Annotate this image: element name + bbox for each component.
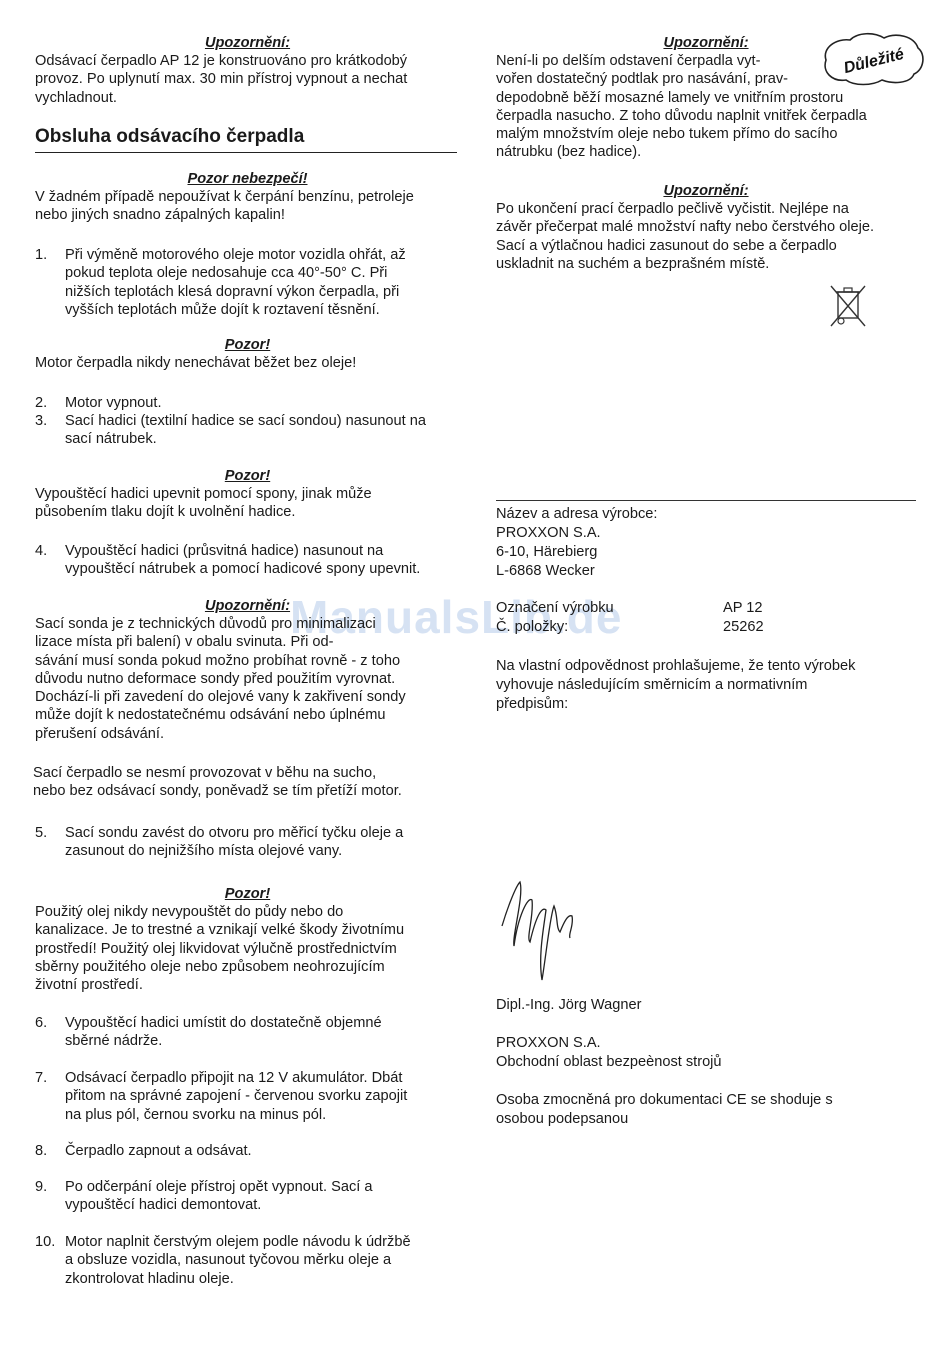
text-line: nátrubku (bez hadice). (496, 143, 916, 161)
signatory: Dipl.-Ing. Jörg Wagner (496, 996, 916, 1015)
text-line: Na vlastní odpovědnost prohlašujeme, že … (496, 657, 916, 676)
text-line: osobou podepsanou (496, 1110, 916, 1129)
product-value: 25262 (723, 618, 764, 637)
text-line: Odsávací čerpadlo AP 12 je konstruováno … (35, 52, 460, 70)
step-text: Při výměně motorového oleje motor vozidl… (65, 246, 460, 319)
step-10: 10.Motor naplnit čerstvým olejem podle n… (35, 1233, 460, 1288)
step-number: 8. (35, 1142, 65, 1160)
text-line: Vypouštěcí hadici (průsvitná hadice) nas… (65, 542, 460, 560)
declaration: Na vlastní odpovědnost prohlašujeme, že … (496, 657, 916, 714)
text-line: V žadném případě nepoužívat k čerpání be… (35, 188, 460, 206)
text-line: Sací a výtlačnou hadici zasunout do sebe… (496, 237, 916, 255)
step-text: Vypouštěcí hadici umístit do dostatečně … (65, 1014, 460, 1051)
text-line: zasunout do nejnižšího místa olejové van… (65, 842, 460, 860)
step-number: 9. (35, 1178, 65, 1215)
product-row: Označení výrobkuAP 12 (496, 599, 916, 618)
step-number: 10. (35, 1233, 65, 1288)
text-line: sběrny použitého oleje nebo způsobem neo… (35, 958, 460, 976)
signature (498, 876, 588, 990)
text-line: Motor vypnout. (65, 394, 460, 412)
note-cleaning: Upozornění: Po ukončení prací čerpadlo p… (496, 182, 916, 273)
text-line: Motor naplnit čerstvým olejem podle návo… (65, 1233, 460, 1251)
step-text: Odsávací čerpadlo připojit na 12 V akumu… (65, 1069, 460, 1124)
text-line: kanalizace. Je to trestné a vznikají vel… (35, 921, 460, 939)
text-line: na plus pól, černou svorku na minus pól. (65, 1106, 460, 1124)
text-line: vypouštěcí nátrubek a pomocí hadicové sp… (65, 560, 460, 578)
text-line: malým množstvím oleje nebo tukem přímo d… (496, 125, 916, 143)
product-info: Označení výrobkuAP 12Č. položky:25262 (496, 599, 916, 637)
text-line: nebo jiných snadno zápalných kapalin! (35, 206, 460, 224)
text-line: předpisům: (496, 695, 916, 714)
text-line: životní prostředí. (35, 976, 460, 994)
text-line: vypouštěcí hadici demontovat. (65, 1196, 460, 1214)
text-line: čerpadla nasucho. Z toho důvodu naplnit … (496, 107, 916, 125)
text-line: Osoba zmocněná pro dokumentaci CE se sho… (496, 1091, 916, 1110)
text-line: uskladnit na suchém a bezprašném místě. (496, 255, 916, 273)
important-stamp: Důležité (818, 30, 928, 90)
text-line: Po odčerpání oleje přístroj opět vypnout… (65, 1178, 460, 1196)
text-line: Sací čerpadlo se nesmí provozovat v běhu… (33, 764, 458, 782)
text-line: Sací sondu zavést do otvoru pro měřicí t… (65, 824, 460, 842)
step-number: 4. (35, 542, 65, 579)
step-text: Čerpadlo zapnout a odsávat. (65, 1142, 460, 1160)
caution-no-oil: Pozor! Motor čerpadla nikdy nenechávat b… (35, 336, 460, 372)
text-line: působením tlaku dojít k uvolnění hadice. (35, 503, 460, 521)
step-number: 5. (35, 824, 65, 861)
text-line: nižších teplotách klesá dopravní výkon č… (65, 283, 460, 301)
text-line: lizace místa při balení) v obalu svinuta… (35, 633, 460, 651)
product-row: Č. položky:25262 (496, 618, 916, 637)
text-line: přerušení odsávání. (35, 725, 460, 743)
text-line: nebo bez odsávací sondy, poněvadž se tím… (33, 782, 458, 800)
text-line: 6-10, Härebierg (496, 543, 916, 562)
product-key: Č. položky: (496, 618, 723, 637)
text-line: Čerpadlo zapnout a odsávat. (65, 1142, 460, 1160)
step-number: 7. (35, 1069, 65, 1124)
text-line: Motor čerpadla nikdy nenechávat běžet be… (35, 354, 460, 372)
step-8: 8.Čerpadlo zapnout a odsávat. (35, 1142, 460, 1160)
text-line: Vypouštěcí hadici umístit do dostatečně … (65, 1014, 460, 1032)
step-9: 9.Po odčerpání oleje přístroj opět vypno… (35, 1178, 460, 1215)
text-line: vyšších teplotách může dojít k roztavení… (65, 301, 460, 319)
text-line: prostředí! Použitý olej likvidovat výluč… (35, 940, 460, 958)
text-line: pokud teplota oleje nedosahuje cca 40°-5… (65, 264, 460, 282)
step-number: 6. (35, 1014, 65, 1051)
text-line: Vypouštěcí hadici upevnit pomocí spony, … (35, 485, 460, 503)
step-6: 6.Vypouštěcí hadici umístit do dostatečn… (35, 1014, 460, 1051)
step-2: 2.Motor vypnout. (35, 394, 460, 412)
text-line: vyhovuje následujícím směrnicím a normat… (496, 676, 916, 695)
text-line: L-6868 Wecker (496, 562, 916, 581)
text-line: a obsluze vozidla, nasunout tyčovou měrk… (65, 1251, 460, 1269)
step-number: 1. (35, 246, 65, 319)
step-7: 7.Odsávací čerpadlo připojit na 12 V aku… (35, 1069, 460, 1124)
text-line: může dojít k nedostatečnému odsávání neb… (35, 706, 460, 724)
step-text: Sací hadici (textilní hadice se sací son… (65, 412, 460, 449)
ce-authorized: Osoba zmocněná pro dokumentaci CE se sho… (496, 1091, 916, 1129)
text-line: depodobně běží mosazné lamely ve vnitřní… (496, 89, 916, 107)
step-text: Vypouštěcí hadici (průsvitná hadice) nas… (65, 542, 460, 579)
text-line: Při výměně motorového oleje motor vozidl… (65, 246, 460, 264)
product-value: AP 12 (723, 599, 763, 618)
text-line: vychladnout. (35, 89, 460, 107)
text-line: přitom na správné zapojení - červenou sv… (65, 1087, 460, 1105)
product-key: Označení výrobku (496, 599, 723, 618)
note-operation-time: Upozornění: Odsávací čerpadlo AP 12 je k… (35, 34, 460, 107)
text-line: provoz. Po uplynutí max. 30 min přístroj… (35, 70, 460, 88)
text-line: sací nátrubek. (65, 430, 460, 448)
step-number: 2. (35, 394, 65, 412)
text-line: sávání musí sonda pokud možno probíhat r… (35, 652, 460, 670)
step-number: 3. (35, 412, 65, 449)
text-line: Odsávací čerpadlo připojit na 12 V akumu… (65, 1069, 460, 1087)
text-line: Obchodní oblast bezpeènost strojů (496, 1053, 916, 1072)
text-line: Použitý olej nikdy nevypouštět do půdy n… (35, 903, 460, 921)
text-line: Sací hadici (textilní hadice se sací son… (65, 412, 460, 430)
text-line: Dochází-li při zavedení do olejové vany … (35, 688, 460, 706)
divider (496, 500, 916, 501)
section-title: Obsluha odsávacího čerpadla (35, 126, 460, 153)
text-line: PROXXON S.A. (496, 524, 916, 543)
step-1: 1.Při výměně motorového oleje motor vozi… (35, 246, 460, 319)
step-text: Motor vypnout. (65, 394, 460, 412)
caution-hose-clamp: Pozor! Vypouštěcí hadici upevnit pomocí … (35, 467, 460, 522)
text-line: Sací sonda je z technických důvodů pro m… (35, 615, 460, 633)
text-line: zkontrolovat hladinu oleje. (65, 1270, 460, 1288)
note-probe: Upozornění: Sací sonda je z technických … (35, 597, 460, 743)
text-line: důvodu nutno deformace sondy před použit… (35, 670, 460, 688)
company-block: PROXXON S.A.Obchodní oblast bezpeènost s… (496, 1034, 916, 1072)
danger-warning: Pozor nebezpečí! V žadném případě nepouž… (35, 170, 460, 225)
manufacturer-address: Název a adresa výrobce: PROXXON S.A.6-10… (496, 505, 916, 581)
text-line: závěr přečerpat malé množství nafty nebo… (496, 218, 916, 236)
step-4: 4.Vypouštěcí hadici (průsvitná hadice) n… (35, 542, 460, 579)
text-line: sběrné nádrže. (65, 1032, 460, 1050)
step-3: 3.Sací hadici (textilní hadice se sací s… (35, 412, 460, 449)
step-text: Po odčerpání oleje přístroj opět vypnout… (65, 1178, 460, 1215)
step-text: Sací sondu zavést do otvoru pro měřicí t… (65, 824, 460, 861)
dry-run-warning: Sací čerpadlo se nesmí provozovat v běhu… (33, 764, 458, 801)
text-line: PROXXON S.A. (496, 1034, 916, 1053)
text-line: Po ukončení prací čerpadlo pečlivě vyčis… (496, 200, 916, 218)
crossed-bin-icon (828, 284, 868, 332)
step-5: 5.Sací sondu zavést do otvoru pro měřicí… (35, 824, 460, 861)
step-text: Motor naplnit čerstvým olejem podle návo… (65, 1233, 460, 1288)
caution-used-oil: Pozor! Použitý olej nikdy nevypouštět do… (35, 885, 460, 994)
